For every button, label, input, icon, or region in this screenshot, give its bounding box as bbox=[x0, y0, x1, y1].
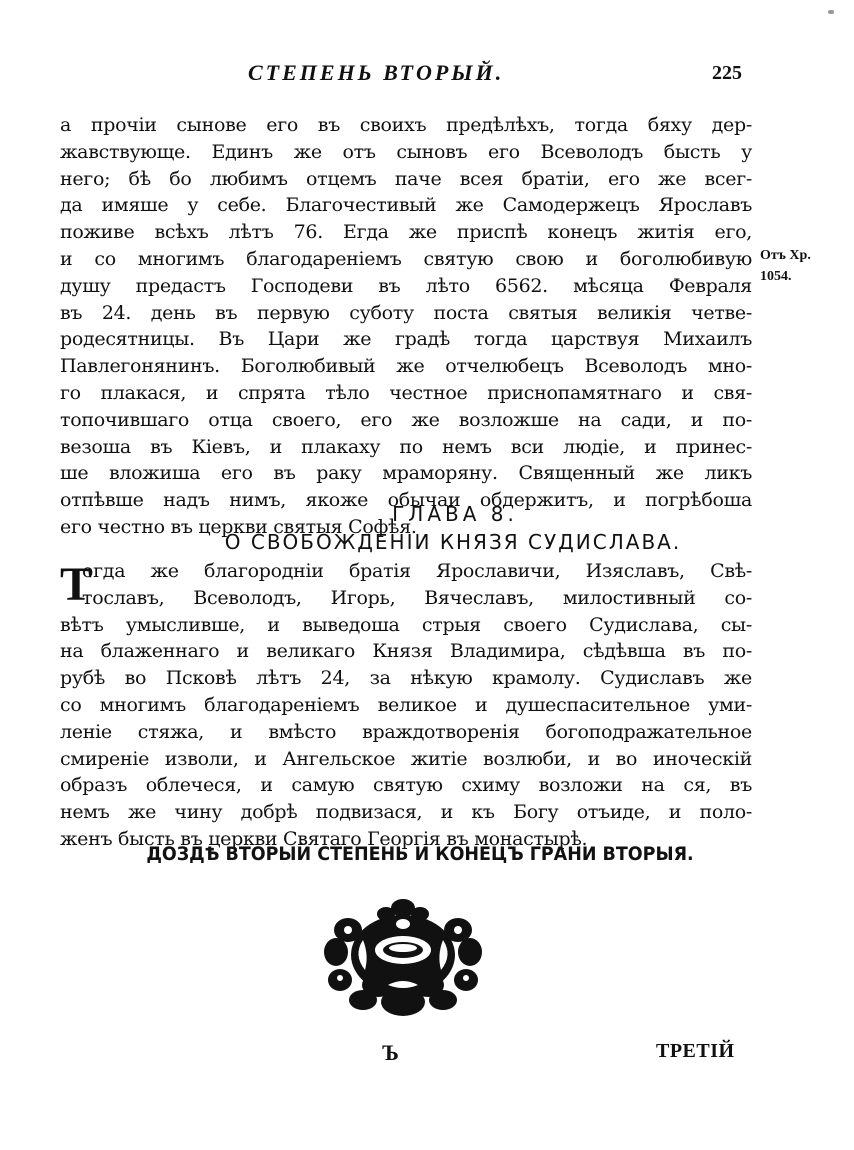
text-line: везоша въ Кiевъ, и плакаху по немъ вси л… bbox=[60, 434, 752, 461]
catchword: ТРЕТIЙ bbox=[656, 1040, 735, 1063]
text-line: да имяше у себе. Благочестивый же Самоде… bbox=[60, 192, 752, 219]
text-line: го плакася, и спрята тѣло честное присно… bbox=[60, 380, 752, 407]
text-line: рубѣ во Псковѣ лѣтъ 24, за нѣкую крамолу… bbox=[60, 665, 752, 692]
chapter-number: ГЛАВА 8. bbox=[28, 502, 854, 526]
text-line: и со многимъ благодаренiемъ святую свою … bbox=[60, 246, 752, 273]
text-line: въ 24. день въ первую суботу поста святы… bbox=[60, 300, 752, 327]
page-number: 225 bbox=[712, 62, 742, 85]
text-line: образъ облечеся, и самую святую схиму во… bbox=[60, 772, 752, 799]
margin-note-date: Отъ Хр. 1054. bbox=[760, 245, 811, 287]
text-line: Павлегонянинъ. Боголюбивый же отчелюбецъ… bbox=[60, 353, 752, 380]
text-line: со многимъ благодаренiемъ великое и душе… bbox=[60, 692, 752, 719]
paragraph-section-1: а прочiи сынове его въ своихъ предѣлѣхъ,… bbox=[60, 112, 752, 541]
text-line: него; бѣ бо любимъ отцемъ паче всея брат… bbox=[60, 166, 752, 193]
running-title: СТЕПЕНЬ ВТОРЫЙ. bbox=[248, 60, 504, 86]
scan-speck bbox=[828, 10, 834, 14]
margin-note-line: Отъ Хр. bbox=[760, 245, 811, 266]
text-line: родесятницы. Въ Цари же градѣ тогда царс… bbox=[60, 326, 752, 353]
text-line: а прочiи сынове его въ своихъ предѣлѣхъ,… bbox=[60, 112, 752, 139]
text-line: на блаженнаго и великаго Князя Владимира… bbox=[60, 638, 752, 665]
text-line: смиренiе изволи, и Ангельское житiе возл… bbox=[60, 746, 752, 773]
signature-mark: Ъ bbox=[382, 1040, 399, 1066]
text-line: ше вложиша его въ раку мраморяну. Священ… bbox=[60, 460, 752, 487]
text-line: топочившаго отца своего, его же возложше… bbox=[60, 407, 752, 434]
text-line: огда же благороднiи братiя Ярославичи, И… bbox=[60, 558, 752, 585]
text-line: немъ же чину добрѣ подвизася, и къ Богу … bbox=[60, 799, 752, 826]
document-page: СТЕПЕНЬ ВТОРЫЙ. 225 а прочiи сынове его … bbox=[0, 0, 854, 1150]
text-line: душу предастъ Господеви въ лѣто 6562. мѣ… bbox=[60, 273, 752, 300]
floral-ornament-icon bbox=[318, 890, 488, 1020]
chapter-title: О СВОБОЖДЕНIИ КНЯЗЯ СУДИСЛАВА. bbox=[26, 530, 854, 554]
text-line: поживе всѣхъ лѣтъ 76. Егда же приспѣ кон… bbox=[60, 219, 752, 246]
text-line: вѣтъ умысливше, и выведоша стрыя своего … bbox=[60, 612, 752, 639]
text-line: ленiе стяжа, и вмѣсто враждотворенiя бог… bbox=[60, 719, 752, 746]
paragraph-section-2: огда же благороднiи братiя Ярославичи, И… bbox=[60, 558, 752, 853]
text-line: жавствующе. Единъ же отъ сыновъ его Всев… bbox=[60, 139, 752, 166]
margin-note-line: 1054. bbox=[760, 266, 811, 287]
end-of-part-note: ДОЗДѢ ВТОРЫЙ СТЕПЕНЬ И КОНЕЦЪ ГРАНИ ВТОР… bbox=[107, 843, 733, 865]
text-line: тославъ, Всеволодъ, Игорь, Вячеславъ, ми… bbox=[60, 585, 752, 612]
